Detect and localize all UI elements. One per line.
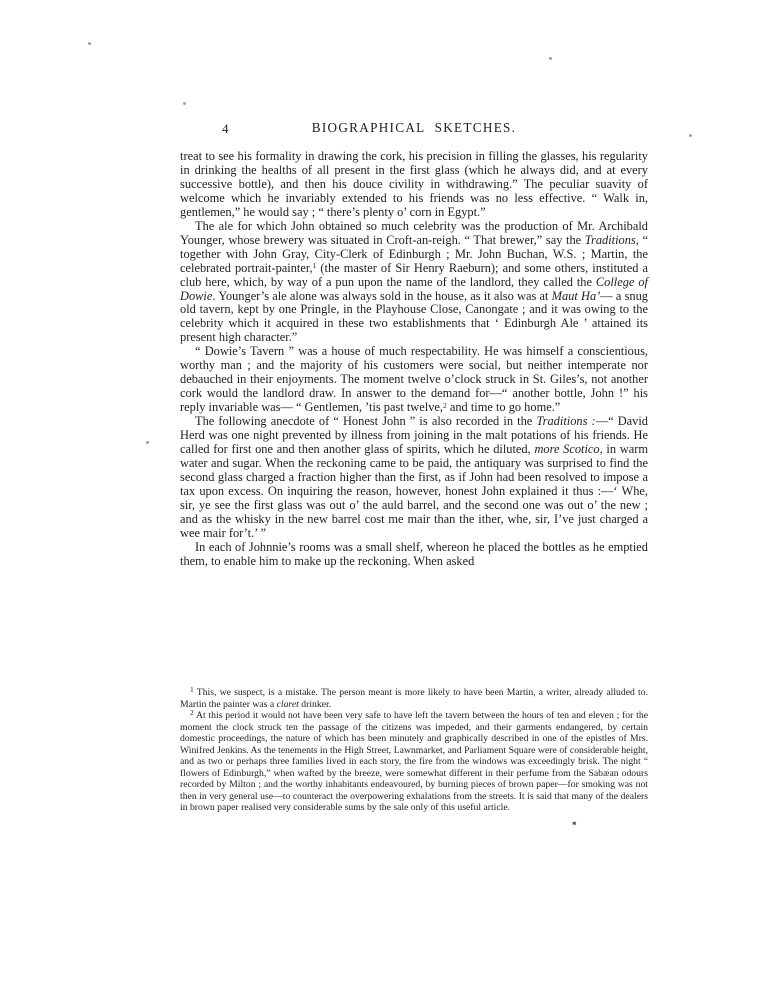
paragraph: In each of Johnnie’s rooms was a small s… <box>180 541 648 569</box>
footnote: 1 This, we suspect, is a mistake. The pe… <box>180 687 648 710</box>
book-page: 4 BIOGRAPHICAL SKETCHES. treat to see hi… <box>0 0 782 1000</box>
footnote: 2 At this period it would not have been … <box>180 710 648 814</box>
paragraph: treat to see his formality in drawing th… <box>180 150 648 220</box>
italic-text: more Scotico <box>534 442 599 456</box>
scan-speck <box>183 102 186 105</box>
paragraph: “ Dowie’s Tavern ” was a house of much r… <box>180 345 648 415</box>
page-header: 4 BIOGRAPHICAL SKETCHES. <box>180 120 648 138</box>
footnotes: 1 This, we suspect, is a mistake. The pe… <box>180 687 648 814</box>
page-number: 4 <box>222 121 229 137</box>
footnote-ref: 1 <box>313 261 317 270</box>
printer-mark: * <box>572 820 577 830</box>
paragraph: The following anecdote of “ Honest John … <box>180 415 648 541</box>
italic-text: Maut Ha’ <box>552 289 601 303</box>
footnote-marker: 2 <box>190 708 194 717</box>
footnote-ref: 2 <box>443 401 447 410</box>
footnote-marker: 1 <box>190 685 194 694</box>
scan-speck <box>146 441 149 444</box>
scan-speck <box>689 134 692 137</box>
paragraph: The ale for which John obtained so much … <box>180 220 648 346</box>
scan-speck <box>88 42 91 45</box>
italic-text: Traditions <box>585 233 636 247</box>
running-title: BIOGRAPHICAL SKETCHES. <box>180 120 648 136</box>
italic-text: claret <box>277 699 299 710</box>
scan-speck <box>549 57 552 60</box>
body-text: treat to see his formality in drawing th… <box>180 150 648 569</box>
italic-text: Traditions : <box>536 414 595 428</box>
